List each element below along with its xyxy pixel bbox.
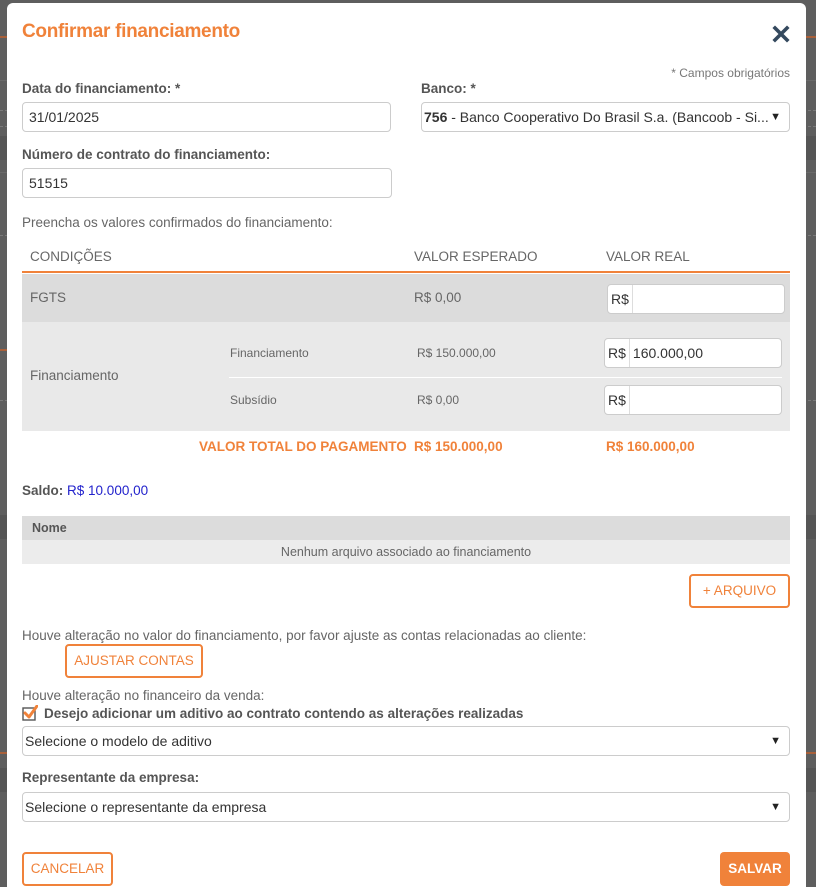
sub-row-divider <box>229 377 782 378</box>
company-representative-placeholder: Selecione o representante da empresa <box>25 799 266 815</box>
expected-value: R$ 150.000,00 <box>417 346 496 360</box>
amendment-model-placeholder: Selecione o modelo de aditivo <box>25 733 212 749</box>
contract-number-input[interactable]: 51515 <box>22 168 392 198</box>
expected-value: R$ 0,00 <box>417 393 459 407</box>
total-label: VALOR TOTAL DO PAGAMENTO <box>199 439 407 454</box>
table-row-financing: Financiamento Financiamento R$ 150.000,0… <box>22 322 790 431</box>
conditions-table-header: CONDIÇÕES VALOR ESPERADO VALOR REAL <box>22 239 790 273</box>
add-file-button[interactable]: + ARQUIVO <box>689 574 790 608</box>
condition-name: FGTS <box>30 290 66 305</box>
subsidy-real-value-input[interactable]: R$ <box>604 385 782 415</box>
contract-number-label: Número de contrato do financiamento: <box>22 147 270 162</box>
sub-condition-name: Subsídio <box>230 393 277 407</box>
real-value: 160.000,00 <box>630 345 703 361</box>
sale-financial-change-text: Houve alteração no financeiro da venda: <box>22 688 264 703</box>
values-intro-text: Preencha os valores confirmados do finan… <box>22 215 333 230</box>
adjust-accounts-button[interactable]: AJUSTAR CONTAS <box>65 644 203 678</box>
currency-prefix: R$ <box>605 386 630 414</box>
expected-value: R$ 0,00 <box>414 290 461 305</box>
bank-label: Banco: * <box>421 81 476 96</box>
total-real: R$ 160.000,00 <box>606 439 695 454</box>
close-icon[interactable] <box>770 23 792 45</box>
files-table-header: Nome <box>22 516 790 540</box>
balance-value: R$ 10.000,00 <box>67 483 148 498</box>
confirm-financing-dialog: Confirmar financiamento * Campos obrigat… <box>7 3 806 887</box>
header-expected-value: VALOR ESPERADO <box>414 249 538 264</box>
chevron-down-icon: ▼ <box>770 727 781 755</box>
condition-name: Financiamento <box>30 368 119 383</box>
sub-condition-name: Financiamento <box>230 346 309 360</box>
checkbox-checked-icon[interactable] <box>22 705 38 721</box>
adjust-accounts-text: Houve alteração no valor do financiament… <box>22 628 586 643</box>
add-amendment-checkbox-row[interactable]: Desejo adicionar um aditivo ao contrato … <box>22 705 523 721</box>
bank-code: 756 <box>424 109 447 125</box>
required-fields-note: * Campos obrigatórios <box>671 66 790 80</box>
amendment-model-select[interactable]: Selecione o modelo de aditivo ▼ <box>22 726 790 756</box>
bank-name: - Banco Cooperativo Do Brasil S.a. (Banc… <box>447 109 768 125</box>
header-real-value: VALOR REAL <box>606 249 690 264</box>
company-representative-label: Representante da empresa: <box>22 770 199 785</box>
header-conditions: CONDIÇÕES <box>30 249 112 264</box>
dialog-title: Confirmar financiamento <box>22 21 240 43</box>
save-button[interactable]: SALVAR <box>720 852 790 886</box>
company-representative-select[interactable]: Selecione o representante da empresa ▼ <box>22 792 790 822</box>
total-expected: R$ 150.000,00 <box>414 439 503 454</box>
fgts-real-value-input[interactable]: R$ <box>607 284 785 314</box>
financing-date-input[interactable]: 31/01/2025 <box>22 102 391 132</box>
add-amendment-label: Desejo adicionar um aditivo ao contrato … <box>44 706 523 721</box>
bank-select[interactable]: 756 - Banco Cooperativo Do Brasil S.a. (… <box>421 102 790 132</box>
financing-real-value-input[interactable]: R$ 160.000,00 <box>604 338 782 368</box>
files-empty-message: Nenhum arquivo associado ao financiament… <box>22 540 790 564</box>
currency-prefix: R$ <box>605 339 630 367</box>
financing-date-label: Data do financiamento: * <box>22 81 180 96</box>
chevron-down-icon: ▼ <box>770 793 781 821</box>
table-row-fgts: FGTS R$ 0,00 R$ <box>22 274 790 322</box>
balance: Saldo: R$ 10.000,00 <box>22 483 148 498</box>
chevron-down-icon: ▼ <box>770 103 781 131</box>
currency-prefix: R$ <box>608 285 633 313</box>
cancel-button[interactable]: CANCELAR <box>22 852 113 886</box>
balance-label: Saldo: <box>22 483 63 498</box>
